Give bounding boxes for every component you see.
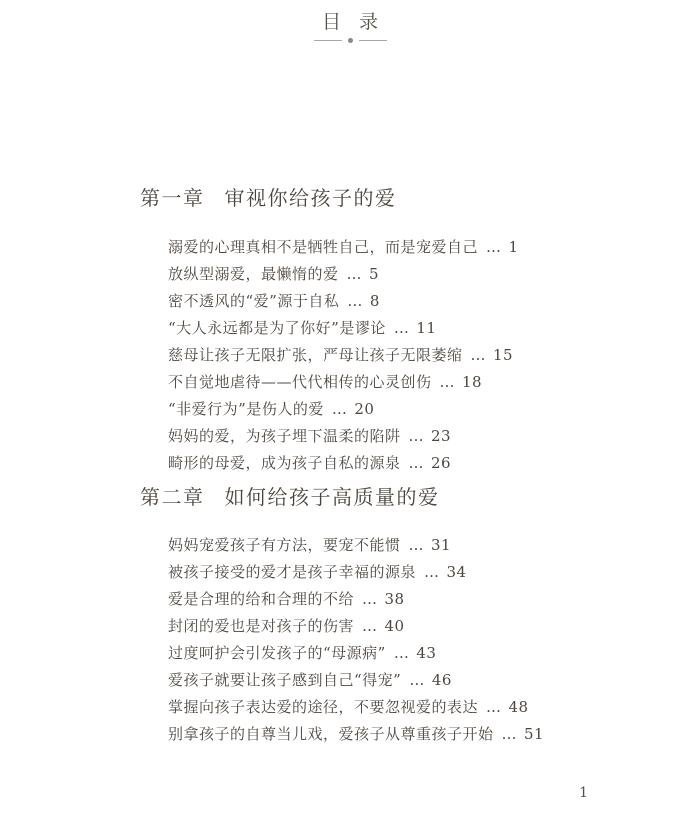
chapter-name: 如何给孩子高质量的爱 bbox=[225, 485, 440, 509]
toc-entry: “非爱行为”是伤人的爱…20 bbox=[168, 396, 600, 423]
toc-entry: 爱孩子就要让孩子感到自己“得宠”…46 bbox=[168, 667, 600, 694]
toc-entry-label: “大人永远都是为了你好”是谬论 bbox=[168, 319, 386, 337]
toc-entry: 畸形的母爱，成为孩子自私的源泉…26 bbox=[168, 450, 600, 477]
toc-entry-label: 妈妈的爱，为孩子埋下温柔的陷阱 bbox=[168, 427, 401, 445]
toc-entry-label: 妈妈宠爱孩子有方法，要宠不能惯 bbox=[168, 536, 401, 554]
toc-entry-page: 46 bbox=[432, 671, 452, 689]
toc-entry: 慈母让孩子无限扩张，严母让孩子无限萎缩…15 bbox=[168, 342, 600, 369]
toc-entry-page: 43 bbox=[416, 644, 436, 662]
toc-entry-label: 别拿孩子的自尊当儿戏，爱孩子从尊重孩子开始 bbox=[168, 725, 494, 743]
toc-leader-dots: … bbox=[502, 725, 518, 743]
toc-entry: 掌握向孩子表达爱的途径，不要忽视爱的表达…48 bbox=[168, 694, 600, 721]
toc-entry-page: 40 bbox=[385, 617, 405, 635]
toc-entry: 被孩子接受的爱才是孩子幸福的源泉…34 bbox=[168, 559, 600, 586]
page-number: 1 bbox=[579, 785, 588, 801]
toc-leader-dots: … bbox=[486, 698, 502, 716]
toc-header: 目 录 bbox=[0, 0, 700, 43]
toc-entry: 妈妈宠爱孩子有方法，要宠不能惯…31 bbox=[168, 532, 600, 559]
chapter-number: 第二章 bbox=[140, 485, 205, 509]
toc-leader-dots: … bbox=[409, 536, 425, 554]
toc-entry: “大人永远都是为了你好”是谬论…11 bbox=[168, 315, 600, 342]
toc-leader-dots: … bbox=[362, 590, 378, 608]
toc-entry-page: 18 bbox=[462, 373, 482, 391]
toc-entry-page: 23 bbox=[431, 427, 451, 445]
page-title: 目 录 bbox=[322, 7, 384, 34]
toc-content: 第一章审视你给孩子的爱 溺爱的心理真相不是牺牲自己，而是宠爱自己…1 放纵型溺爱… bbox=[140, 185, 600, 748]
toc-leader-dots: … bbox=[409, 671, 425, 689]
toc-entry-label: 放纵型溺爱，最懒惰的爱 bbox=[168, 265, 339, 283]
toc-entry-page: 11 bbox=[416, 319, 436, 337]
toc-leader-dots: … bbox=[332, 400, 348, 418]
toc-entry-label: 溺爱的心理真相不是牺牲自己，而是宠爱自己 bbox=[168, 238, 478, 256]
toc-list-chapter-2: 妈妈宠爱孩子有方法，要宠不能惯…31 被孩子接受的爱才是孩子幸福的源泉…34 爱… bbox=[168, 532, 600, 748]
toc-entry: 密不透风的“爱”源于自私…8 bbox=[168, 288, 600, 315]
toc-entry: 放纵型溺爱，最懒惰的爱…5 bbox=[168, 261, 600, 288]
toc-entry-page: 1 bbox=[509, 238, 519, 256]
toc-leader-dots: … bbox=[347, 292, 363, 310]
toc-leader-dots: … bbox=[347, 265, 363, 283]
toc-entry-page: 26 bbox=[431, 454, 451, 472]
toc-entry: 别拿孩子的自尊当儿戏，爱孩子从尊重孩子开始…51 bbox=[168, 721, 600, 748]
toc-entry-label: 爱是合理的给和合理的不给 bbox=[168, 590, 354, 608]
toc-leader-dots: … bbox=[362, 617, 378, 635]
toc-entry-label: 慈母让孩子无限扩张，严母让孩子无限萎缩 bbox=[168, 346, 463, 364]
toc-leader-dots: … bbox=[440, 373, 456, 391]
toc-entry-page: 38 bbox=[385, 590, 405, 608]
toc-entry-label: 被孩子接受的爱才是孩子幸福的源泉 bbox=[168, 563, 416, 581]
toc-leader-dots: … bbox=[471, 346, 487, 364]
toc-leader-dots: … bbox=[409, 454, 425, 472]
toc-entry: 爱是合理的给和合理的不给…38 bbox=[168, 586, 600, 613]
toc-leader-dots: … bbox=[424, 563, 440, 581]
toc-entry-page: 34 bbox=[447, 563, 467, 581]
toc-entry: 过度呵护会引发孩子的“母源病”…43 bbox=[168, 640, 600, 667]
toc-leader-dots: … bbox=[486, 238, 502, 256]
toc-entry: 溺爱的心理真相不是牺牲自己，而是宠爱自己…1 bbox=[168, 234, 600, 261]
toc-entry-page: 31 bbox=[431, 536, 451, 554]
toc-entry-label: 封闭的爱也是对孩子的伤害 bbox=[168, 617, 354, 635]
toc-entry-label: 不自觉地虐待——代代相传的心灵创伤 bbox=[168, 373, 432, 391]
toc-entry-page: 15 bbox=[493, 346, 513, 364]
toc-entry: 不自觉地虐待——代代相传的心灵创伤…18 bbox=[168, 369, 600, 396]
divider-line-left bbox=[314, 40, 342, 41]
toc-entry-label: 畸形的母爱，成为孩子自私的源泉 bbox=[168, 454, 401, 472]
divider-dot bbox=[348, 38, 353, 43]
toc-entry-label: 爱孩子就要让孩子感到自己“得宠” bbox=[168, 671, 401, 689]
divider-line-right bbox=[359, 40, 387, 41]
toc-leader-dots: … bbox=[394, 319, 410, 337]
chapter-heading-1: 第一章审视你给孩子的爱 bbox=[140, 185, 600, 211]
toc-entry-label: “非爱行为”是伤人的爱 bbox=[168, 400, 324, 418]
chapter-name: 审视你给孩子的爱 bbox=[225, 186, 397, 210]
toc-leader-dots: … bbox=[394, 644, 410, 662]
toc-entry-label: 掌握向孩子表达爱的途径，不要忽视爱的表达 bbox=[168, 698, 478, 716]
toc-leader-dots: … bbox=[409, 427, 425, 445]
toc-list-chapter-1: 溺爱的心理真相不是牺牲自己，而是宠爱自己…1 放纵型溺爱，最懒惰的爱…5 密不透… bbox=[168, 234, 600, 477]
toc-entry: 妈妈的爱，为孩子埋下温柔的陷阱…23 bbox=[168, 423, 600, 450]
chapter-heading-2: 第二章如何给孩子高质量的爱 bbox=[140, 484, 600, 510]
toc-entry-label: 过度呵护会引发孩子的“母源病” bbox=[168, 644, 386, 662]
toc-entry-page: 20 bbox=[354, 400, 374, 418]
toc-entry-page: 5 bbox=[369, 265, 379, 283]
toc-entry-page: 48 bbox=[509, 698, 529, 716]
toc-entry-label: 密不透风的“爱”源于自私 bbox=[168, 292, 339, 310]
title-divider bbox=[311, 38, 389, 43]
chapter-number: 第一章 bbox=[140, 186, 205, 210]
toc-entry-page: 51 bbox=[524, 725, 544, 743]
toc-entry: 封闭的爱也是对孩子的伤害…40 bbox=[168, 613, 600, 640]
toc-entry-page: 8 bbox=[370, 292, 380, 310]
